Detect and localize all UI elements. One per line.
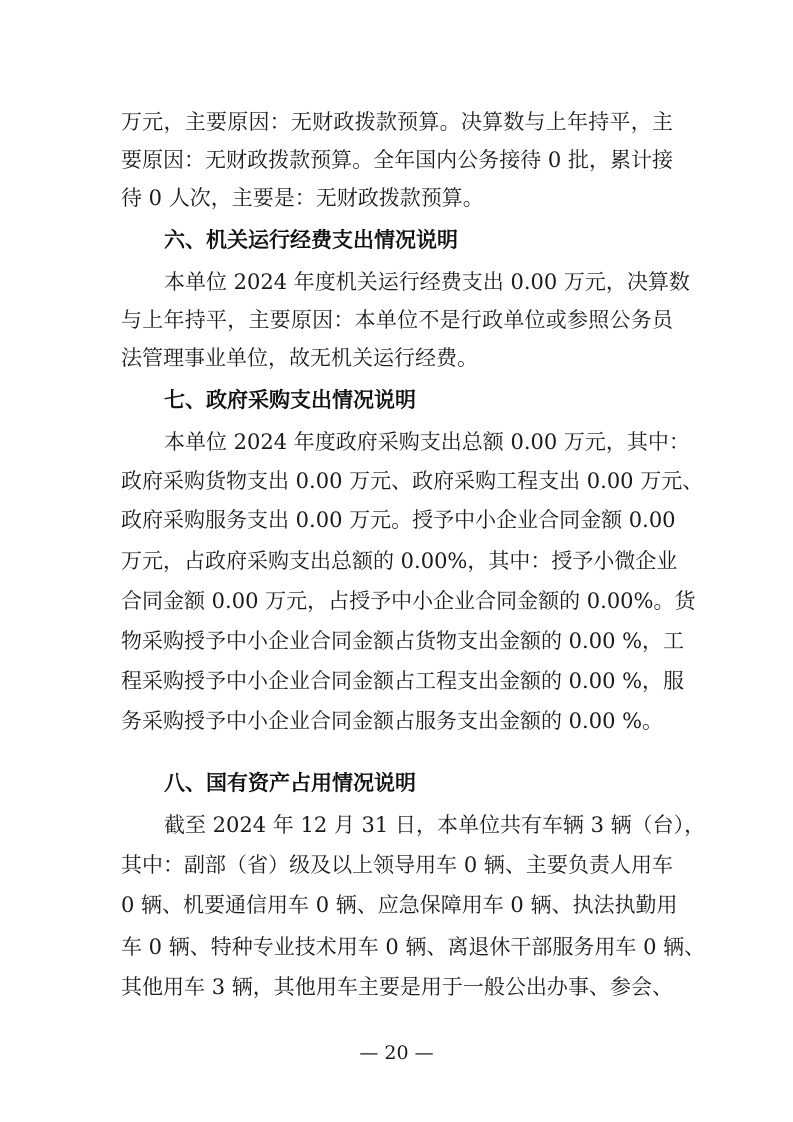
paragraph-line: 务采购授予中小企业合同金额占服务支出金额的 0.00 %。 [121,707,673,735]
paragraph-line: 政府采购服务支出 0.00 万元。授予中小企业合同金额 0.00 [121,506,673,534]
paragraph-line: 待 0 人次，主要是：无财政拨款预算。 [121,184,673,212]
paragraph-line: 车 0 辆、特种专业技术用车 0 辆、离退休干部服务用车 0 辆、 [121,933,673,961]
paragraph-line: 法管理事业单位，故无机关运行经费。 [121,344,673,372]
paragraph-line: 其他用车 3 辆，其他用车主要是用于一般公出办事、参会、 [121,973,673,1001]
paragraph-line: 政府采购货物支出 0.00 万元、政府采购工程支出 0.00 万元、 [121,467,673,495]
paragraph-line: 万元，主要原因：无财政拨款预算。决算数与上年持平，主 [121,108,673,136]
document-page: 万元，主要原因：无财政拨款预算。决算数与上年持平，主 要原因：无财政拨款预算。全… [0,0,793,1122]
paragraph-line: 本单位 2024 年度政府采购支出总额 0.00 万元，其中： [164,428,673,456]
paragraph-line: 合同金额 0.00 万元，占授予中小企业合同金额的 0.00%。货 [121,587,673,615]
paragraph-line: 程采购授予中小企业合同金额占工程支出金额的 0.00 %，服 [121,667,673,695]
paragraph-line: 与上年持平，主要原因：本单位不是行政单位或参照公务员 [121,306,673,334]
paragraph-line: 其中：副部（省）级及以上领导用车 0 辆、主要负责人用车 [121,851,673,879]
paragraph-line: 截至 2024 年 12 月 31 日，本单位共有车辆 3 辆（台）， [164,811,673,839]
section-heading-7: 七、政府采购支出情况说明 [164,386,416,414]
section-heading-8: 八、国有资产占用情况说明 [164,769,416,797]
paragraph-line: 物采购授予中小企业合同金额占货物支出金额的 0.00 %，工 [121,627,673,655]
paragraph-line: 0 辆、机要通信用车 0 辆、应急保障用车 0 辆、执法执勤用 [121,891,673,919]
paragraph-line: 要原因：无财政拨款预算。全年国内公务接待 0 批，累计接 [121,146,673,174]
page-number: — 20 — [0,1040,793,1066]
paragraph-line: 本单位 2024 年度机关运行经费支出 0.00 万元，决算数 [164,268,673,296]
paragraph-line: 万元，占政府采购支出总额的 0.00%，其中：授予小微企业 [121,547,673,575]
section-heading-6: 六、机关运行经费支出情况说明 [164,226,458,254]
